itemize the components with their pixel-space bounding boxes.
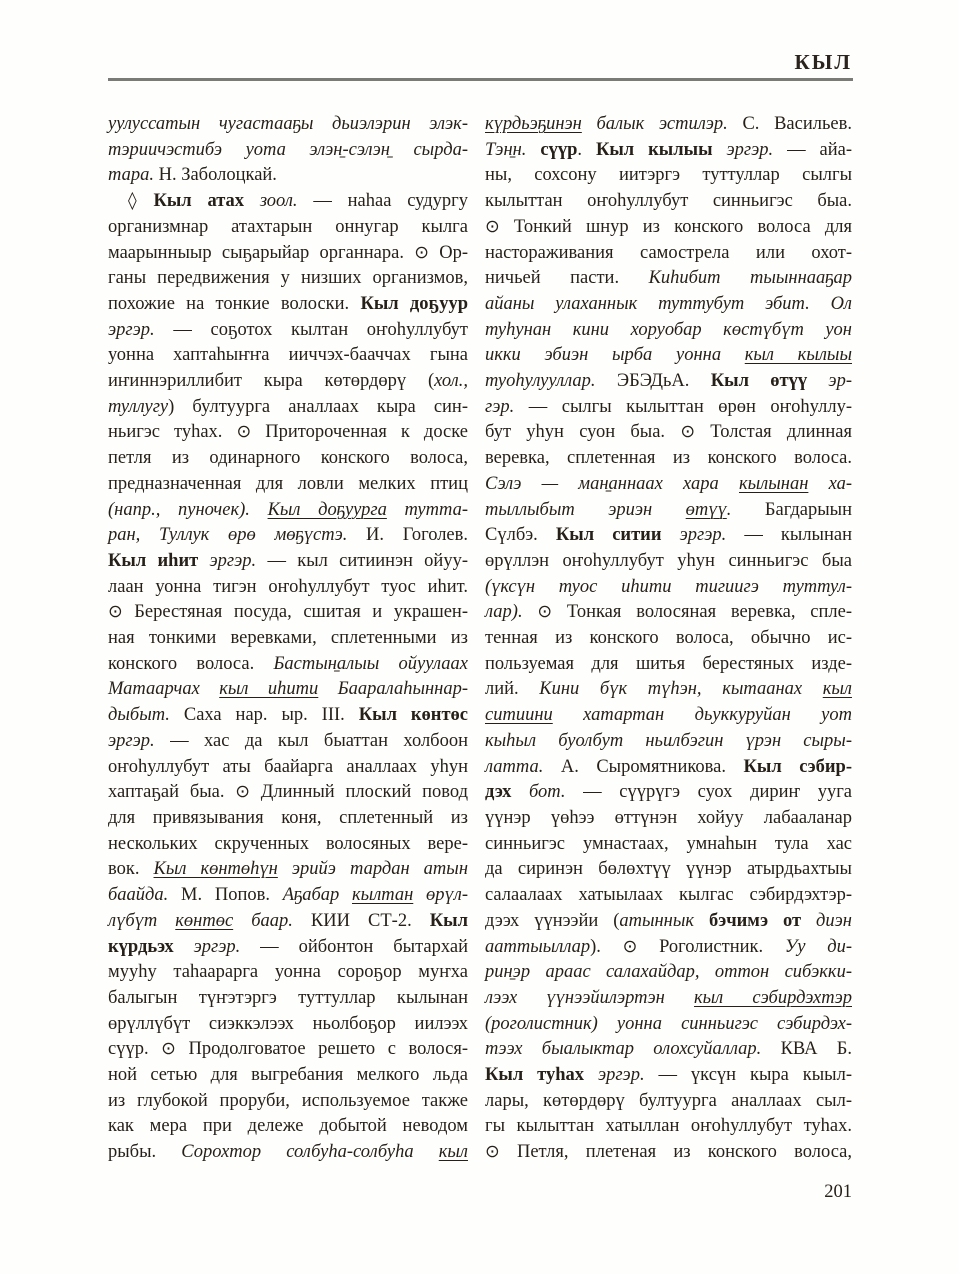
text-line: ной сетью для выгребания мелкого льда (108, 1063, 468, 1089)
text-line: күрдьэҕинэн балык эстилэр. С. Васильев. (485, 112, 852, 138)
text-line: петля из одинарного конского волоса, (108, 446, 468, 472)
right-column: күрдьэҕинэн балык эстилэр. С. Васильев.Т… (485, 112, 852, 1166)
text-line: ничьей пасти. Киһибит тыыннааҕар (485, 266, 852, 292)
text-line: лаан уонна тигэн оҥоһуллубут туос иһит. (108, 575, 468, 601)
text-line: туоһулууллар. ЭБЭДьА. Кыл өтүү эр- (485, 369, 852, 395)
text-line: Кыл туһах эргэр. — үксүн кыра кыыл- (485, 1063, 852, 1089)
text-line: (роголистник) уонна синньигэс сэбирдэх- (485, 1012, 852, 1038)
text-line: эргэр. — хас да кыл быаттан холбоон (108, 729, 468, 755)
text-line: гы кылыттан хатыллан оҥоһуллубут туһах. (485, 1114, 852, 1140)
text-line: конского волоса. Бастын̠алыы ойуулаах (108, 652, 468, 678)
text-line: Кыл иһит эргэр. — кыл ситиинэн ойуу- (108, 549, 468, 575)
text-line: (напр., пуночек). Кыл доҕуурга тутта- (108, 498, 468, 524)
text-line: лээх үүнээйилэртэн кыл сэбирдэхтэр (485, 986, 852, 1012)
text-line: ⊙ Тонкий шнур из конского волоса для (485, 215, 852, 241)
text-line: настораживания самострела или охот- (485, 241, 852, 267)
text-line: дэх бот. — сүүрүгэ суох дириҥ ууга (485, 780, 852, 806)
text-line: бут уһун суон быа. ⊙ Толстая длинная (485, 420, 852, 446)
text-line: тара. Н. Заболоцкай. (108, 163, 468, 189)
text-line: Тэн̠н. сүүр. Кыл кылыы эргэр. — айа- (485, 138, 852, 164)
text-line: тээх быалыктар олохсуйаллар. КВА Б. (485, 1037, 852, 1063)
text-line: мууһу таһаарарга уонна сороҕор муҥха (108, 960, 468, 986)
text-line: туллугу) бултуурга аналлаах кыра син- (108, 395, 468, 421)
text-line: ⊙ Берестяная посуда, сшитая и украшен- (108, 600, 468, 626)
text-line: рин̠эр араас салахайдар, оттон сибэкки- (485, 960, 852, 986)
text-line: Сүлбэ. Кыл ситии эргэр. — кылынан (485, 523, 852, 549)
text-line: лий. Кини бүк түһэн, кытаанах кыл (485, 677, 852, 703)
page-header: КЫЛ (108, 50, 852, 75)
text-line: дээх үүнээйи (атыннык бэчимэ от диэн (485, 909, 852, 935)
text-line: хаптаҕай быа. ⊙ Длинный плоский повод (108, 780, 468, 806)
text-line: ран, Туллук өрө мөҕүстэ. И. Гоголев. (108, 523, 468, 549)
text-line: ааттыыллар). ⊙ Роголистник. Уу ди- (485, 935, 852, 961)
text-line: для привязывания коня, сплетенный из (108, 806, 468, 832)
text-line: из глубокой проруби, используемое также (108, 1089, 468, 1115)
guide-word: КЫЛ (795, 50, 853, 74)
text-line: күрдьэх эргэр. — ойбонтон бытархай (108, 935, 468, 961)
text-line: латта. А. Сыромятникова. Кыл сэбир- (485, 755, 852, 781)
text-line: баайда. М. Попов. Аҕабар кылтан өрүл- (108, 883, 468, 909)
text-line: өрүллүбүт сиэккэлээх ньолбоҕор иилээх (108, 1012, 468, 1038)
text-line: оҥоһуллубут аты баайарга аналлаах уһун (108, 755, 468, 781)
text-line: ◊ Кыл атах зоол. — наһаа судургу (108, 189, 468, 215)
text-line: синньигэс умнастаах, умнаһын тула хас (485, 832, 852, 858)
text-line: лар). ⊙ Тонкая волосяная веревка, спле- (485, 600, 852, 626)
text-line: ная тонкими веревками, сплетенными из (108, 626, 468, 652)
text-line: организмнар атахтарын оннугар кылга (108, 215, 468, 241)
text-line: тыллыбыт эриэн өтүү. Багдарыын (485, 498, 852, 524)
text-line: уонна хаптаһыҥҥа ииччэх-бааччах гына (108, 343, 468, 369)
text-line: ганы передвижения у низших организмов, (108, 266, 468, 292)
text-line: сүүр. ⊙ Продолговатое решето с волося- (108, 1037, 468, 1063)
header-rule (108, 78, 853, 81)
text-line: кылыттан оҥоһуллубут синньигэс быа. (485, 189, 852, 215)
text-line: үүнэр үөһээ өттүнэн хойуу лабааланар (485, 806, 852, 832)
text-line: салаалаах хатыылаах кылгас сэбирдэхтэр- (485, 883, 852, 909)
text-line: кыһыл буолбут ньилбэгин үрэн сыры- (485, 729, 852, 755)
dictionary-page: КЫЛ уулуссатын чугастааҕы дьиэлэрин элэк… (0, 0, 959, 1274)
text-line: веревка, сплетенная из конского волоса. (485, 446, 852, 472)
text-line: балыгын түҥэтэргэ туттуллар кылынан (108, 986, 468, 1012)
text-line: рыбы. Сорохтор солбуһа-солбуһа кыл (108, 1140, 468, 1166)
text-line: пользуемая для шитья берестяных изде- (485, 652, 852, 678)
text-line: иҥиннэриллибит кыра көтөрдөрү (хол., (108, 369, 468, 395)
text-line: ны, сохсону иитэргэ туттуллар сылгы (485, 163, 852, 189)
text-line: лүбүт көнтөс баар. КИИ СТ-2. Кыл (108, 909, 468, 935)
left-column: уулуссатын чугастааҕы дьиэлэрин элэк-тэр… (108, 112, 468, 1166)
text-line: өрүллэн оҥоһуллубут уһун синньигэс быа (485, 549, 852, 575)
text-line: да сиринэн бөлөхтүү үүнэр атырдьахтыы (485, 857, 852, 883)
text-line: ньигэс туһах. ⊙ Притороченная к доске (108, 420, 468, 446)
text-line: (үксүн туос иһити тигиигэ туттул- (485, 575, 852, 601)
text-line: как мера при дележе добытой неводом (108, 1114, 468, 1140)
text-line: тенная из конского волоса, обычно ис- (485, 626, 852, 652)
text-line: туһунан кини хоруобар көстүбүт уон (485, 318, 852, 344)
page-footer: 201 (824, 1182, 852, 1203)
text-line: уулуссатын чугастааҕы дьиэлэрин элэк- (108, 112, 468, 138)
text-line: айаны улаханнык туттубут эбит. Ол (485, 292, 852, 318)
page-number: 201 (824, 1182, 852, 1202)
text-line: икки эбиэн ырба уонна кыл кылыы (485, 343, 852, 369)
text-line: дыбыт. Саха нар. ыр. III. Кыл көнтөс (108, 703, 468, 729)
text-line: Сэлэ — ман̠аннаах хара кылынан ха- (485, 472, 852, 498)
text-line: лары, көтөрдөрү бултуурга аналлаах сыл- (485, 1089, 852, 1115)
text-line: вок. Кыл көнтөһүн эрийэ тардан атын (108, 857, 468, 883)
text-line: нескольких скрученных волосяных вере- (108, 832, 468, 858)
text-line: маарынныыр сыҕарыйар органнара. ⊙ Ор- (108, 241, 468, 267)
text-line: ситиини хатартан дьуккуруйан уот (485, 703, 852, 729)
text-line: Матаарчах кыл иһити Бааралаһыннар- (108, 677, 468, 703)
text-columns: уулуссатын чугастааҕы дьиэлэрин элэк-тэр… (108, 112, 852, 1166)
text-line: тэриичэстибэ уота элэн̠-сэлэн̠ сырда- (108, 138, 468, 164)
text-line: гэр. — сылгы кылыттан өрөн оҥоһуллу- (485, 395, 852, 421)
text-line: предназначенная для ловли мелких птиц (108, 472, 468, 498)
text-line: эргэр. — соҕотох кылтан оҥоһуллубут (108, 318, 468, 344)
text-line: ⊙ Петля, плетеная из конского волоса, (485, 1140, 852, 1166)
text-line: похожие на тонкие волоски. Кыл доҕуур (108, 292, 468, 318)
